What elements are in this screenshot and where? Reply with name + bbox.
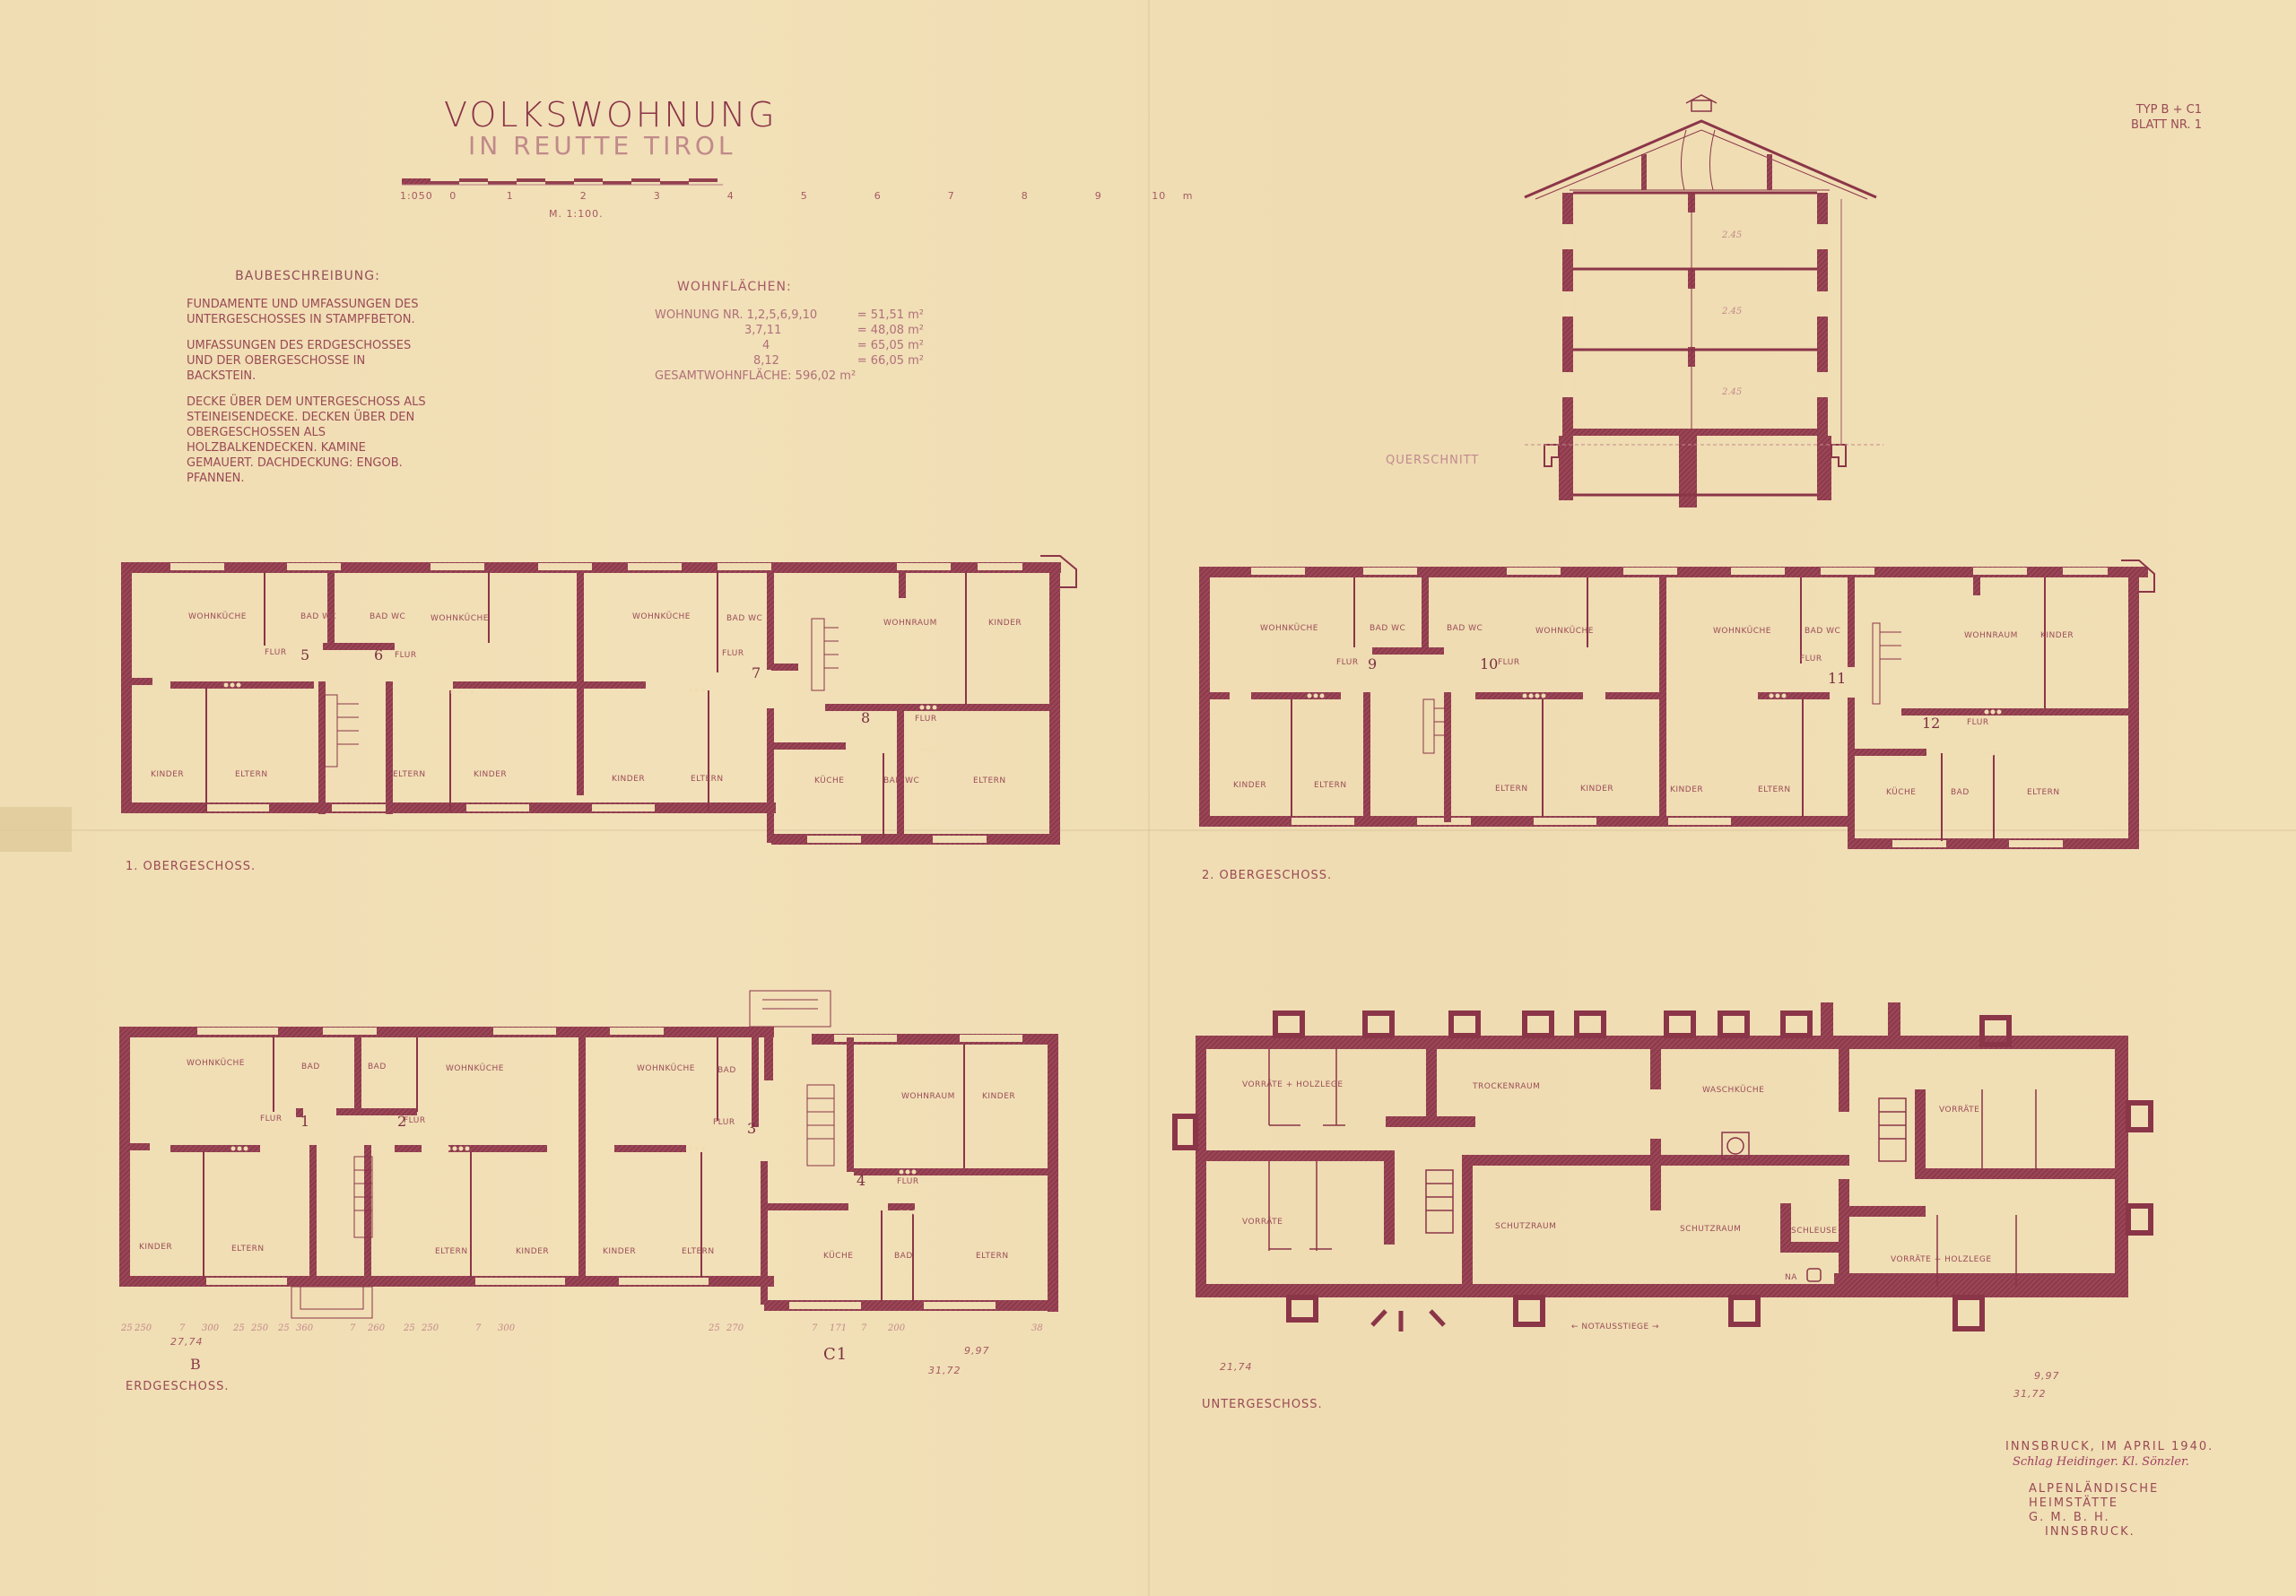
floor-label-2-og: 2. OBERGESCHOSS. bbox=[1202, 868, 1332, 883]
floor-plan-erdgeschoss bbox=[119, 991, 1058, 1318]
svg-text:TROCKENRAUM: TROCKENRAUM bbox=[1472, 1082, 1540, 1091]
svg-text:KINDER: KINDER bbox=[603, 1247, 636, 1256]
svg-text:360: 360 bbox=[296, 1323, 314, 1333]
floor-plan-untergeschoss bbox=[1175, 1002, 2151, 1331]
ug-depth: 9,97 bbox=[2034, 1370, 2060, 1382]
unit-number: 2 bbox=[397, 1113, 406, 1130]
svg-text:WOHNKÜCHE: WOHNKÜCHE bbox=[637, 1063, 695, 1073]
svg-text:FLUR: FLUR bbox=[915, 715, 937, 724]
svg-text:ELTERN: ELTERN bbox=[1314, 781, 1347, 790]
svg-text:BAD WC: BAD WC bbox=[1447, 624, 1483, 633]
unit-number: 7 bbox=[752, 664, 761, 681]
company-line: HEIMSTÄTTE bbox=[2029, 1496, 2213, 1511]
svg-text:FLUR: FLUR bbox=[1800, 655, 1822, 664]
wohnflaechen-block: WOHNFLÄCHEN: WOHNUNG NR. 1,2,5,6,9,10= 5… bbox=[655, 280, 924, 384]
company-block: ALPENLÄNDISCHE HEIMSTÄTTE G. M. B. H. IN… bbox=[2029, 1482, 2213, 1540]
svg-text:KINDER: KINDER bbox=[139, 1243, 172, 1252]
svg-text:FLUR: FLUR bbox=[722, 649, 744, 658]
svg-text:7: 7 bbox=[179, 1323, 186, 1333]
svg-text:WOHNKÜCHE: WOHNKÜCHE bbox=[188, 612, 247, 621]
svg-text:ELTERN: ELTERN bbox=[1758, 785, 1791, 794]
svg-text:FLUR: FLUR bbox=[395, 651, 417, 660]
svg-text:KINDER: KINDER bbox=[2040, 631, 2074, 640]
scale-ticks: 1:050 0 1 2 3 4 5 6 7 8 9 10 m bbox=[400, 190, 1193, 202]
svg-text:FLUR: FLUR bbox=[1336, 658, 1359, 667]
svg-text:270: 270 bbox=[726, 1323, 744, 1333]
baubeschreibung-text: FUNDAMENTE UND UMFASSUNGEN DES UNTERGESC… bbox=[187, 297, 429, 327]
svg-text:ELTERN: ELTERN bbox=[2027, 788, 2060, 797]
signatures: Schlag Heidinger. Kl. Sönzler. bbox=[2013, 1454, 2213, 1470]
floor-plan-1-og-labels: WOHNKÜCHE BAD WC BAD WC WOHNKÜCHE WOHNKÜ… bbox=[151, 612, 1022, 785]
svg-text:WOHNKÜCHE: WOHNKÜCHE bbox=[1260, 623, 1318, 633]
unit-number: 11 bbox=[1828, 670, 1846, 687]
svg-text:WOHNKÜCHE: WOHNKÜCHE bbox=[1713, 626, 1771, 636]
unit-number: 6 bbox=[374, 646, 383, 664]
wohnflaechen-total: GESAMTWOHNFLÄCHE: 596,02 m² bbox=[655, 369, 924, 384]
svg-text:WOHNRAUM: WOHNRAUM bbox=[1964, 631, 2018, 640]
wohnflaechen-row: WOHNUNG NR. 1,2,5,6,9,10= 51,51 m² bbox=[655, 308, 924, 323]
svg-text:BAD WC: BAD WC bbox=[1370, 624, 1405, 633]
svg-text:250: 250 bbox=[250, 1323, 269, 1333]
svg-text:BAD WC: BAD WC bbox=[883, 776, 919, 785]
floor-plan-2-obergeschoss bbox=[1199, 560, 2154, 849]
svg-text:FLUR: FLUR bbox=[713, 1118, 735, 1127]
svg-text:38: 38 bbox=[1031, 1323, 1043, 1333]
svg-text:SCHLEUSE: SCHLEUSE bbox=[1791, 1227, 1837, 1236]
floor-label-eg: ERDGESCHOSS. bbox=[126, 1379, 230, 1394]
svg-text:KINDER: KINDER bbox=[1670, 785, 1703, 794]
svg-text:171: 171 bbox=[830, 1323, 847, 1333]
svg-text:BAD WC: BAD WC bbox=[300, 612, 336, 621]
section-height: 2.45 bbox=[1721, 387, 1742, 397]
svg-text:BAD: BAD bbox=[717, 1066, 736, 1075]
svg-text:VORRÄTE: VORRÄTE bbox=[1939, 1105, 1979, 1115]
floor-plan-1-obergeschoss bbox=[121, 556, 1076, 845]
svg-text:KINDER: KINDER bbox=[516, 1247, 549, 1256]
svg-text:KINDER: KINDER bbox=[612, 775, 645, 784]
svg-text:BAD WC: BAD WC bbox=[726, 614, 762, 623]
svg-text:FLUR: FLUR bbox=[260, 1115, 283, 1123]
svg-text:NA: NA bbox=[1785, 1273, 1797, 1282]
sheet-number: BLATT NR. 1 bbox=[2131, 117, 2202, 133]
ug-length-left: 21,74 bbox=[1220, 1361, 1253, 1373]
svg-text:KÜCHE: KÜCHE bbox=[823, 1251, 854, 1261]
eg-depth: 9,97 bbox=[964, 1345, 990, 1357]
wohnflaechen-row: 8,12= 66,05 m² bbox=[655, 353, 924, 369]
svg-text:7: 7 bbox=[475, 1323, 482, 1333]
baubeschreibung-block: BAUBESCHREIBUNG: FUNDAMENTE UND UMFASSUN… bbox=[187, 269, 429, 486]
scale-bar bbox=[402, 178, 723, 185]
svg-text:BAD WC: BAD WC bbox=[370, 612, 405, 621]
svg-text:KINDER: KINDER bbox=[474, 770, 507, 779]
svg-text:VORRÄTE + HOLZLEGE: VORRÄTE + HOLZLEGE bbox=[1242, 1080, 1344, 1089]
svg-text:25: 25 bbox=[232, 1323, 245, 1333]
svg-text:WOHNRAUM: WOHNRAUM bbox=[901, 1092, 955, 1101]
svg-text:KINDER: KINDER bbox=[1233, 781, 1266, 790]
scale-label: M. 1:100. bbox=[549, 208, 604, 220]
svg-text:7: 7 bbox=[350, 1323, 356, 1333]
svg-text:ELTERN: ELTERN bbox=[231, 1245, 265, 1253]
svg-text:25: 25 bbox=[277, 1323, 290, 1333]
unit-number: 5 bbox=[300, 646, 309, 664]
ug-length-right: 31,72 bbox=[2013, 1388, 2047, 1400]
svg-text:BAD: BAD bbox=[894, 1252, 913, 1261]
company-line: ALPENLÄNDISCHE bbox=[2029, 1482, 2213, 1496]
svg-text:BAD WC: BAD WC bbox=[1805, 627, 1840, 636]
svg-text:WOHNKÜCHE: WOHNKÜCHE bbox=[430, 613, 489, 623]
section-height: 2.45 bbox=[1721, 307, 1742, 317]
svg-text:ELTERN: ELTERN bbox=[435, 1247, 468, 1256]
svg-text:BAD: BAD bbox=[1951, 788, 1970, 797]
svg-text:260: 260 bbox=[367, 1323, 386, 1333]
footer-block: INNSBRUCK, IM APRIL 1940. Schlag Heiding… bbox=[2005, 1439, 2213, 1540]
eg-length-b: 27,74 bbox=[170, 1336, 204, 1348]
place-date: INNSBRUCK, IM APRIL 1940. bbox=[2005, 1439, 2213, 1454]
svg-text:BAD: BAD bbox=[368, 1063, 387, 1071]
wohnflaechen-row: 3,7,11= 48,08 m² bbox=[655, 323, 924, 338]
unit-number: 4 bbox=[857, 1172, 865, 1189]
svg-text:ELTERN: ELTERN bbox=[976, 1252, 1009, 1261]
svg-text:KINDER: KINDER bbox=[982, 1092, 1015, 1101]
svg-text:WOHNKÜCHE: WOHNKÜCHE bbox=[1535, 626, 1594, 636]
svg-text:FLUR: FLUR bbox=[404, 1116, 426, 1125]
sheet-type: TYP B + C1 bbox=[2131, 102, 2202, 117]
svg-text:25: 25 bbox=[708, 1323, 720, 1333]
svg-text:WOHNKÜCHE: WOHNKÜCHE bbox=[187, 1058, 245, 1068]
svg-text:7: 7 bbox=[812, 1323, 818, 1333]
type-c1-marker: C1 bbox=[823, 1345, 848, 1364]
unit-number: 8 bbox=[861, 709, 870, 726]
svg-text:250: 250 bbox=[134, 1323, 152, 1333]
company-line: G. M. B. H. bbox=[2029, 1511, 2213, 1525]
svg-text:SCHUTZRAUM: SCHUTZRAUM bbox=[1680, 1225, 1741, 1234]
svg-text:FLUR: FLUR bbox=[1967, 718, 1989, 727]
type-b-marker: B bbox=[190, 1356, 202, 1373]
unit-number: 12 bbox=[1922, 715, 1940, 732]
unit-number: 3 bbox=[747, 1120, 756, 1137]
baubeschreibung-text: UMFASSUNGEN DES ERDGESCHOSSES UND DER OB… bbox=[187, 338, 429, 384]
svg-text:200: 200 bbox=[887, 1323, 906, 1333]
wohnflaechen-row: 4= 65,05 m² bbox=[655, 338, 924, 353]
svg-text:250: 250 bbox=[421, 1323, 439, 1333]
baubeschreibung-text: DECKE ÜBER DEM UNTERGESCHOSS ALS STEINEI… bbox=[187, 395, 429, 486]
svg-text:VORRÄTE + HOLZLEGE: VORRÄTE + HOLZLEGE bbox=[1891, 1254, 1992, 1264]
svg-text:BAD: BAD bbox=[301, 1063, 320, 1071]
svg-text:WASCHKÜCHE: WASCHKÜCHE bbox=[1702, 1085, 1764, 1095]
svg-text:ELTERN: ELTERN bbox=[691, 775, 724, 784]
sheet-id-block: TYP B + C1 BLATT NR. 1 bbox=[2131, 102, 2202, 133]
svg-text:WOHNKÜCHE: WOHNKÜCHE bbox=[446, 1063, 504, 1073]
eg-length-c: 31,72 bbox=[928, 1365, 961, 1376]
svg-text:FLUR: FLUR bbox=[1498, 658, 1520, 667]
svg-text:ELTERN: ELTERN bbox=[393, 770, 426, 779]
svg-text:300: 300 bbox=[498, 1323, 516, 1333]
svg-text:KÜCHE: KÜCHE bbox=[1886, 787, 1917, 797]
company-line: INNSBRUCK. bbox=[2045, 1525, 2213, 1540]
svg-text:WOHNKÜCHE: WOHNKÜCHE bbox=[632, 612, 691, 621]
wohnflaechen-heading: WOHNFLÄCHEN: bbox=[677, 280, 924, 295]
svg-text:VORRÄTE: VORRÄTE bbox=[1242, 1217, 1283, 1227]
svg-text:ELTERN: ELTERN bbox=[1495, 785, 1528, 794]
baubeschreibung-heading: BAUBESCHREIBUNG: bbox=[187, 269, 429, 284]
unit-number: 9 bbox=[1368, 655, 1377, 672]
svg-text:25: 25 bbox=[403, 1323, 415, 1333]
svg-text:ELTERN: ELTERN bbox=[973, 776, 1006, 785]
svg-text:FLUR: FLUR bbox=[897, 1177, 919, 1186]
svg-text:KINDER: KINDER bbox=[988, 619, 1022, 628]
svg-text:KÜCHE: KÜCHE bbox=[814, 776, 845, 785]
floor-label-ug: UNTERGESCHOSS. bbox=[1202, 1397, 1323, 1412]
unit-number: 10 bbox=[1480, 655, 1498, 672]
section-label: QUERSCHNITT bbox=[1386, 453, 1479, 468]
svg-text:300: 300 bbox=[202, 1323, 220, 1333]
svg-text:WOHNRAUM: WOHNRAUM bbox=[883, 619, 937, 628]
floor-label-1-og: 1. OBERGESCHOSS. bbox=[126, 859, 256, 874]
svg-text:25: 25 bbox=[120, 1323, 133, 1333]
svg-text:ELTERN: ELTERN bbox=[682, 1247, 715, 1256]
svg-text:KINDER: KINDER bbox=[1580, 785, 1613, 794]
svg-text:7: 7 bbox=[861, 1323, 867, 1333]
cross-section-drawing bbox=[1525, 95, 1883, 507]
drawing-canvas: 2.45 2.45 2.45 bbox=[0, 0, 2296, 1596]
svg-text:SCHUTZRAUM: SCHUTZRAUM bbox=[1495, 1222, 1556, 1231]
unit-number: 1 bbox=[300, 1113, 309, 1130]
svg-text:KINDER: KINDER bbox=[151, 770, 184, 779]
svg-text:ELTERN: ELTERN bbox=[235, 770, 268, 779]
section-height: 2.45 bbox=[1721, 230, 1742, 240]
svg-text:FLUR: FLUR bbox=[265, 648, 287, 657]
notausstiege-label: ← NOTAUSSTIEGE → bbox=[1571, 1323, 1659, 1331]
